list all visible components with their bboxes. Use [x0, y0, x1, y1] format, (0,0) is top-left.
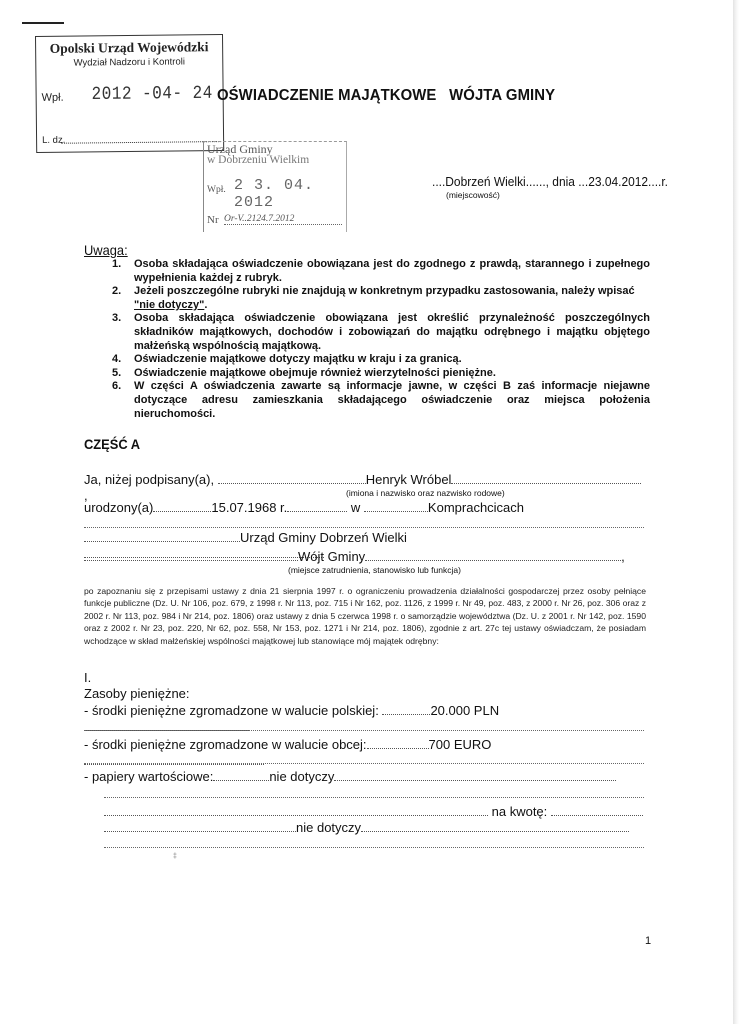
stamp-office: Opolski Urząd Wojewódzki	[36, 39, 222, 57]
amount-value[interactable]: nie dotyczy	[296, 820, 361, 835]
name-value[interactable]: Henryk Wróbel	[366, 472, 452, 487]
foreign-label: - środki pieniężne zgromadzone w walucie…	[84, 737, 367, 752]
blank-line	[84, 762, 644, 764]
blank-line	[104, 846, 644, 848]
note-text-after: .	[204, 299, 207, 311]
stamp-ref-label: L. dz.	[42, 135, 65, 146]
stamp-received-date: 2012 -04- 24	[92, 83, 213, 105]
section-1-heading: Zasoby pieniężne:	[84, 686, 190, 701]
note-text: Oświadczenie majątkowe obejmuje również …	[134, 367, 650, 381]
note-item: 4. Oświadczenie majątkowe dotyczy majątk…	[112, 353, 650, 367]
born-in-label: w	[351, 500, 360, 515]
corner-mark	[22, 22, 64, 24]
name-prefix: Ja, niżej podpisany(a),	[84, 472, 214, 487]
born-label: urodzony(a)	[84, 500, 153, 515]
blank-line	[104, 796, 644, 798]
part-a-heading: CZĘŚĆ A	[84, 436, 140, 452]
note-text: Osoba składająca oświadczenie obowiązana…	[134, 312, 650, 353]
employment-caption: (miejsce zatrudnienia, stanowisko lub fu…	[288, 565, 461, 575]
note-number: 1.	[112, 258, 121, 272]
legal-basis-text: po zapoznaniu się z przepisami ustawy z …	[84, 585, 646, 647]
section-1-number: I.	[84, 670, 91, 685]
page-number: 1	[645, 935, 651, 947]
name-line: Ja, niżej podpisany(a), Henryk Wróbel,	[84, 472, 644, 488]
place-caption: (miejscowość)	[446, 190, 500, 200]
blank-line	[84, 729, 644, 731]
scan-edge	[733, 0, 746, 1024]
born-place[interactable]: Komprachcicach	[428, 500, 524, 515]
securities-value[interactable]: nie dotyczy	[269, 769, 334, 784]
note-number: 4.	[112, 353, 121, 367]
stamp-department: Wydział Nadzoru i Kontroli	[36, 56, 222, 69]
place-and-date: ....Dobrzeń Wielki......, dnia ...23.04.…	[432, 174, 668, 189]
stamp2-received-date: 2 3. 04. 2012	[234, 177, 346, 211]
foreign-value[interactable]: 700 EURO	[429, 737, 492, 752]
stamp2-received-label: Wpł.	[207, 185, 226, 195]
note-text: Jeżeli poszczególne rubryki nie znajdują…	[134, 285, 650, 312]
scan-speck: ‡	[173, 853, 177, 860]
note-underlined-phrase: "nie dotyczy"	[134, 299, 204, 311]
employer-value[interactable]: Urząd Gminy Dobrzeń Wielki	[240, 530, 407, 545]
pln-label: - środki pieniężne zgromadzone w walucie…	[84, 703, 379, 718]
stamp-ref-field	[61, 141, 221, 144]
foreign-currency-line: - środki pieniężne zgromadzone w walucie…	[84, 737, 644, 753]
notes-heading: Uwaga:	[84, 242, 128, 258]
note-number: 5.	[112, 367, 121, 381]
securities-line: - papiery wartościowe:nie dotyczy	[84, 769, 644, 785]
note-text: Oświadczenie majątkowe dotyczy majątku w…	[134, 353, 650, 367]
note-item: 3. Osoba składająca oświadczenie obowiąz…	[112, 312, 650, 353]
notes-list: 1. Osoba składająca oświadczenie obowiąz…	[112, 258, 650, 421]
blank-line	[84, 526, 644, 528]
note-item: 6. W części A oświadczenia zawarte są in…	[112, 380, 650, 421]
note-text: Osoba składająca oświadczenie obowiązana…	[134, 258, 650, 285]
note-number: 6.	[112, 380, 121, 394]
position-line: Wójt Gminy,	[84, 549, 644, 565]
birth-line: urodzony(a)15.07.1968 r. w Komprachcicac…	[84, 500, 644, 516]
pln-line: - środki pieniężne zgromadzone w walucie…	[84, 703, 644, 719]
note-number: 3.	[112, 312, 121, 326]
pln-value[interactable]: 20.000 PLN	[430, 703, 499, 718]
note-item: 1. Osoba składająca oświadczenie obowiąz…	[112, 258, 650, 285]
stamp2-number-label: Nr	[207, 214, 219, 226]
position-value[interactable]: Wójt Gminy	[298, 549, 365, 564]
stamp-received-label: Wpł.	[42, 92, 64, 104]
document-title: OŚWIADCZENIE MAJĄTKOWE WÓJTA GMINY	[217, 87, 555, 105]
amount-value-line: nie dotyczy	[104, 820, 649, 836]
note-text-main: Jeżeli poszczególne rubryki nie znajdują…	[134, 285, 635, 297]
municipality-received-stamp: Urząd Gminy w Dobrzeniu Wielkim Wpł. 2 3…	[203, 141, 347, 232]
born-date[interactable]: 15.07.1968 r.	[211, 500, 287, 515]
note-item: 5. Oświadczenie majątkowe obejmuje równi…	[112, 367, 650, 381]
name-caption: (imiona i nazwisko oraz nazwisko rodowe)	[346, 488, 505, 498]
note-text: W części A oświadczenia zawarte są infor…	[134, 380, 650, 421]
voivodeship-received-stamp: Opolski Urząd Wojewódzki Wydział Nadzoru…	[35, 34, 224, 153]
employer-line: Urząd Gminy Dobrzeń Wielki	[84, 530, 644, 546]
position-suffix: ,	[621, 549, 625, 564]
note-number: 2.	[112, 285, 121, 299]
stamp2-line2: w Dobrzeniu Wielkim	[207, 154, 309, 166]
amount-line: na kwotę:	[104, 804, 649, 820]
securities-label: - papiery wartościowe:	[84, 769, 213, 784]
stamp2-number-value: Or-V..2124.7.2012	[224, 214, 342, 225]
amount-label: na kwotę:	[492, 804, 548, 819]
note-item: 2. Jeżeli poszczególne rubryki nie znajd…	[112, 285, 650, 312]
